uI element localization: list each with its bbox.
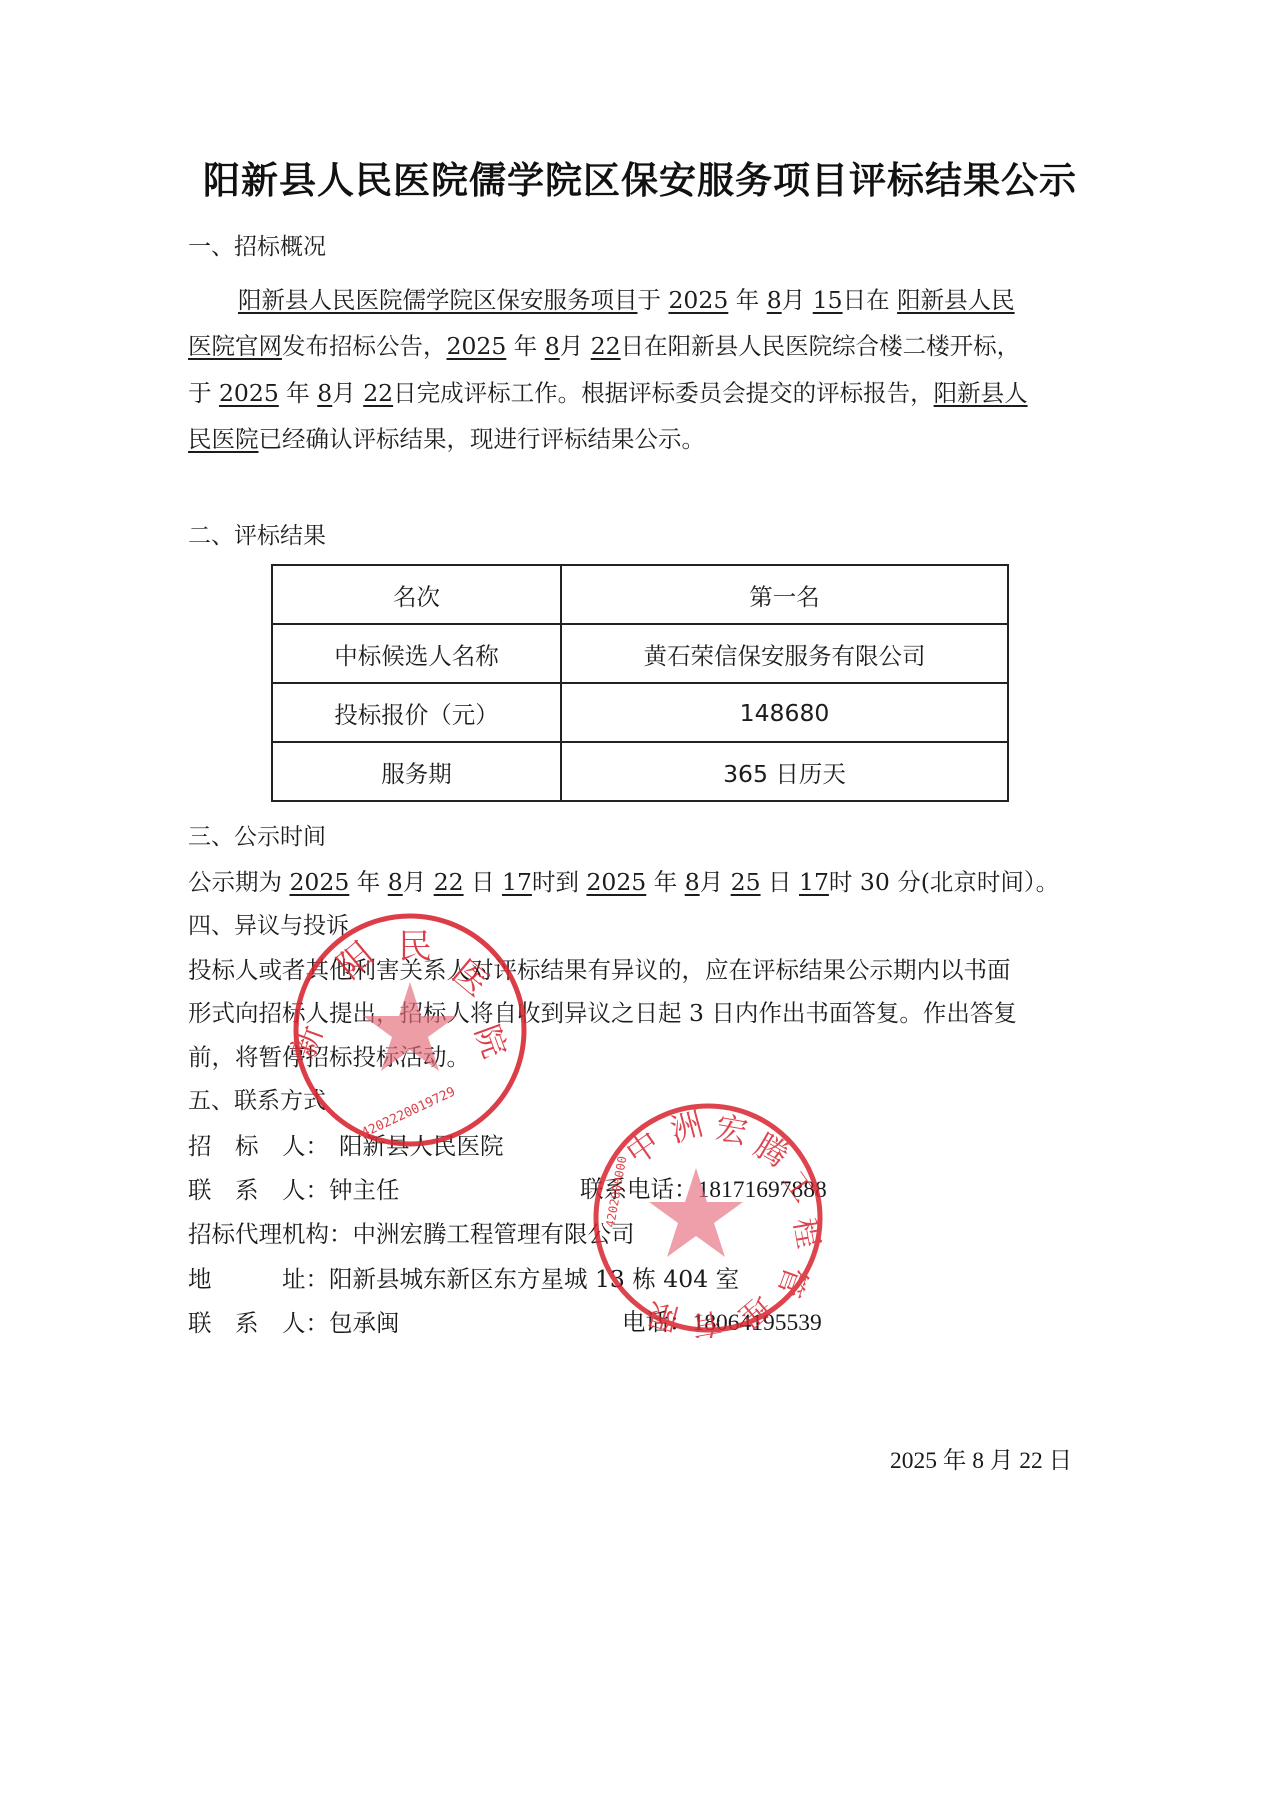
text: 时到 (532, 868, 586, 896)
end-hour: 17 (799, 868, 829, 896)
text: 月 (403, 868, 434, 896)
phone1-label: 联系电话： (580, 1177, 698, 1203)
signature-date: 2025 年 8 月 22 日 (890, 1441, 1072, 1475)
opening-month: 8 (545, 332, 560, 360)
project-name: 阳新县人民医院儒学院区保安服务项目 (238, 286, 638, 314)
agency-row: 招标代理机构：中洲宏腾工程管理有限公司 (188, 1219, 635, 1249)
svg-text:程: 程 (786, 1215, 826, 1251)
evaluation-year: 2025 (219, 379, 279, 407)
table-row: 中标候选人名称 黄石荣信保安服务有限公司 (272, 624, 1008, 683)
evaluation-day: 22 (363, 379, 393, 407)
text: 已经确认评标结果，现进行评标结果公示。 (259, 425, 706, 453)
objection-line-1: 投标人或者其他利害关系人对评标结果有异议的，应在评标结果公示期内以书面 (188, 955, 1011, 985)
svg-text:腾: 腾 (748, 1126, 795, 1175)
table-label-rank: 名次 (272, 565, 561, 624)
text: 年 (646, 868, 684, 896)
address-label: 地 址： (188, 1265, 329, 1293)
text: 日在阳新县人民医院综合楼二楼开标， (621, 332, 1021, 360)
end-day: 25 (731, 868, 761, 896)
start-year: 2025 (289, 868, 349, 896)
section-heading-period: 三、公示时间 (188, 822, 326, 852)
text: 日完成评标工作。根据评标委员会提交的评标报告， (393, 379, 934, 407)
tenderer-row: 招 标 人：阳新县人民医院 (188, 1131, 504, 1161)
announce-year: 2025 (668, 286, 728, 314)
table-row: 服务期 365 日历天 (272, 742, 1008, 801)
tenderer-name: 阳新县人民医院 (339, 1132, 504, 1160)
text: 公示期为 (188, 868, 289, 896)
start-hour: 17 (502, 868, 532, 896)
table-value-bid-price: 148680 (561, 683, 1008, 742)
contact2-row: 联 系 人：包承闽 (188, 1308, 400, 1338)
phone2-label: 电话： (622, 1310, 693, 1336)
section-heading-contact: 五、联系方式 (188, 1086, 326, 1116)
text: 时 30 分(北京时间）。 (829, 868, 1059, 896)
opening-year: 2025 (447, 332, 507, 360)
publish-site: 阳新县人民 (897, 286, 1015, 314)
contact1-name: 钟主任 (329, 1176, 400, 1204)
text: 日在 (843, 286, 897, 314)
announce-day: 15 (813, 286, 843, 314)
tenderer-label: 招 标 人： (188, 1132, 329, 1160)
address-row: 地 址：阳新县城东新区东方星城 13 栋 404 室 (188, 1264, 739, 1294)
publish-site-cont: 医院官网 (188, 332, 282, 360)
text: 于 (188, 379, 219, 407)
objection-line-2: 形式向招标人提出，招标人将自收到异议之日起 3 日内作出书面答复。作出答复 (188, 998, 1017, 1028)
start-day: 22 (434, 868, 464, 896)
tenderer-org-cont: 民医院 (188, 425, 259, 453)
table-label-service-period: 服务期 (272, 742, 561, 801)
text: 月 (332, 379, 363, 407)
text: 年 (279, 379, 317, 407)
text: 月 (560, 332, 591, 360)
contact2-label: 联 系 人： (188, 1309, 329, 1337)
start-month: 8 (388, 868, 403, 896)
objection-line-3: 前，将暂停招标投标活动。 (188, 1042, 470, 1072)
contact2-name: 包承闽 (329, 1309, 400, 1337)
text: 月 (700, 868, 731, 896)
phone2-number: 18064195539 (693, 1310, 822, 1336)
phone2-field: 电话：18064195539 (622, 1308, 822, 1338)
address-value: 阳新县城东新区东方星城 13 栋 404 室 (329, 1265, 739, 1293)
contact1-label: 联 系 人： (188, 1176, 329, 1204)
agency-seal-icon: 中 洲 宏 腾 工 程 管 理 有 限 4202000000 (588, 1098, 828, 1338)
table-row: 名次 第一名 (272, 565, 1008, 624)
end-month: 8 (685, 868, 700, 896)
svg-text:管: 管 (770, 1261, 813, 1301)
table-label-candidate: 中标候选人名称 (272, 624, 561, 683)
tenderer-org: 阳新县人 (934, 379, 1028, 407)
table-value-service-period: 365 日历天 (561, 742, 1008, 801)
document-page: 阳新县人民医院儒学院区保安服务项目评标结果公示 一、招标概况 阳新县人民医院儒学… (0, 0, 1280, 1818)
table-value-rank: 第一名 (561, 565, 1008, 624)
table-row: 投标报价（元） 148680 (272, 683, 1008, 742)
results-table: 名次 第一名 中标候选人名称 黄石荣信保安服务有限公司 投标报价（元） 1486… (271, 564, 1009, 802)
text: 于 (638, 286, 669, 314)
overview-line-3: 于 2025 年 8月 22日完成评标工作。根据评标委员会提交的评标报告，阳新县… (188, 378, 1028, 408)
announce-month: 8 (767, 286, 782, 314)
publicity-period-line: 公示期为 2025 年 8月 22 日 17时到 2025 年 8月 25 日 … (188, 867, 1059, 897)
table-value-candidate: 黄石荣信保安服务有限公司 (561, 624, 1008, 683)
section-heading-results: 二、评标结果 (188, 521, 326, 551)
overview-line-2: 医院官网发布招标公告，2025 年 8月 22日在阳新县人民医院综合楼二楼开标， (188, 331, 1020, 361)
evaluation-month: 8 (317, 379, 332, 407)
agency-name: 中洲宏腾工程管理有限公司 (353, 1220, 635, 1248)
section-heading-objection: 四、异议与投诉 (188, 911, 349, 941)
contact1-row: 联 系 人：钟主任 (188, 1175, 400, 1205)
text: 年 (728, 286, 766, 314)
svg-text:洲: 洲 (666, 1105, 707, 1150)
opening-day: 22 (591, 332, 621, 360)
text: 日 (464, 868, 502, 896)
overview-line-1: 阳新县人民医院儒学院区保安服务项目于 2025 年 8月 15日在 阳新县人民 (238, 285, 1015, 315)
text: 年 (349, 868, 387, 896)
text: 月 (782, 286, 813, 314)
hospital-seal-icon: 阳 民 医 新 院 4202220019729 (290, 910, 530, 1150)
table-label-bid-price: 投标报价（元） (272, 683, 561, 742)
phone1-number: 18171697888 (698, 1177, 827, 1203)
text: 发布招标公告， (282, 332, 447, 360)
text: 年 (506, 332, 544, 360)
agency-label: 招标代理机构： (188, 1220, 353, 1248)
page-title: 阳新县人民医院儒学院区保安服务项目评标结果公示 (150, 150, 1130, 204)
section-heading-overview: 一、招标概况 (188, 232, 326, 262)
svg-text:中: 中 (619, 1123, 667, 1172)
overview-line-4: 民医院已经确认评标结果，现进行评标结果公示。 (188, 424, 705, 454)
text: 日 (761, 868, 799, 896)
svg-text:宏: 宏 (713, 1108, 751, 1151)
phone1-field: 联系电话：18171697888 (580, 1175, 827, 1205)
end-year: 2025 (586, 868, 646, 896)
